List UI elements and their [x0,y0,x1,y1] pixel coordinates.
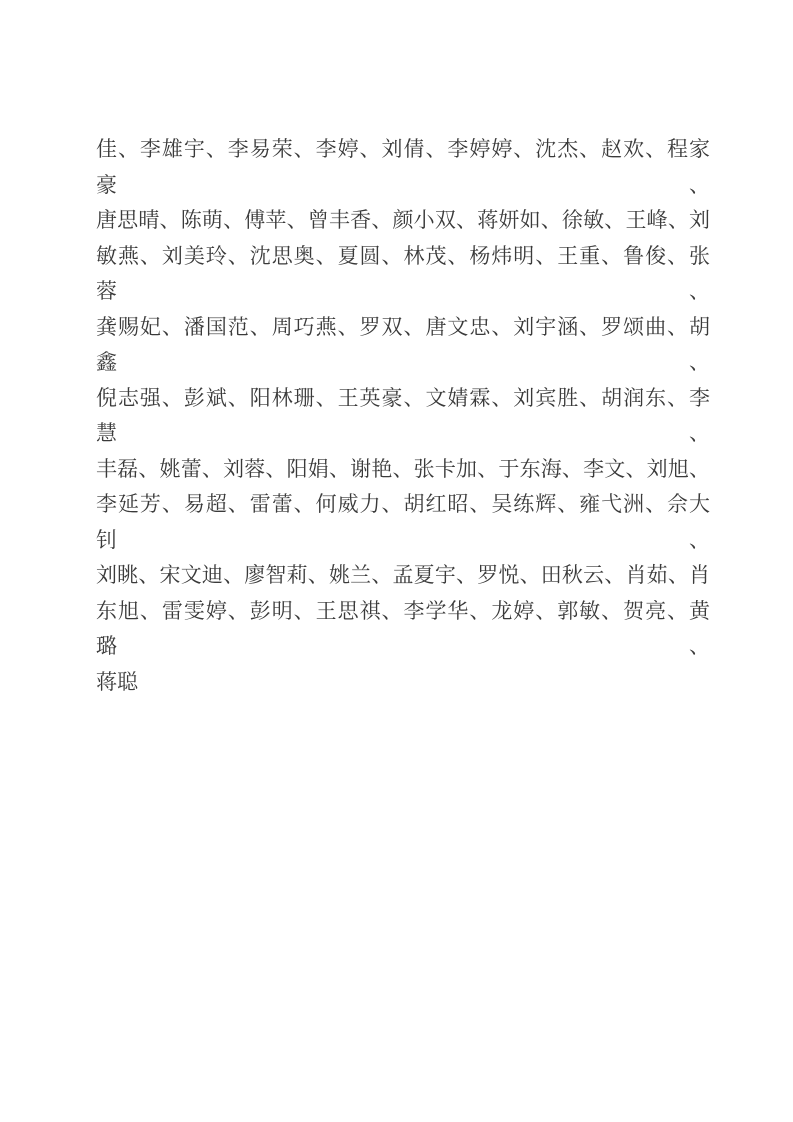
text-line: 倪志强、彭斌、阳林珊、王英豪、文婧霖、刘宾胜、胡润东、李慧、 [96,381,710,452]
text-line: 龚赐妃、潘国范、周巧燕、罗双、唐文忠、刘宇涵、罗颂曲、胡鑫、 [96,310,710,381]
document-page: 佳、李雄宇、李易荣、李婷、刘倩、李婷婷、沈杰、赵欢、程家豪、 唐思晴、陈萌、傅苹… [0,0,793,1122]
text-line: 佳、李雄宇、李易荣、李婷、刘倩、李婷婷、沈杰、赵欢、程家豪、 [96,132,710,203]
text-line: 唐思晴、陈萌、傅苹、曾丰香、颜小双、蒋妍如、徐敏、王峰、刘 [96,203,710,239]
text-line: 刘眺、宋文迪、廖智莉、姚兰、孟夏宇、罗悦、田秋云、肖茹、肖 [96,558,710,594]
text-line: 蒋聪 [96,665,710,701]
text-line: 丰磊、姚蕾、刘蓉、阳娟、谢艳、张卡加、于东海、李文、刘旭、 [96,452,710,488]
text-line: 敏燕、刘美玲、沈思奥、夏圆、林茂、杨炜明、王重、鲁俊、张蓉、 [96,239,710,310]
text-line: 李延芳、易超、雷蕾、何威力、胡红昭、吴练辉、雍弋洲、佘大钊、 [96,487,710,558]
name-list-paragraph: 佳、李雄宇、李易荣、李婷、刘倩、李婷婷、沈杰、赵欢、程家豪、 唐思晴、陈萌、傅苹… [96,132,710,700]
text-line: 东旭、雷雯婷、彭明、王思祺、李学华、龙婷、郭敏、贺亮、黄璐、 [96,594,710,665]
